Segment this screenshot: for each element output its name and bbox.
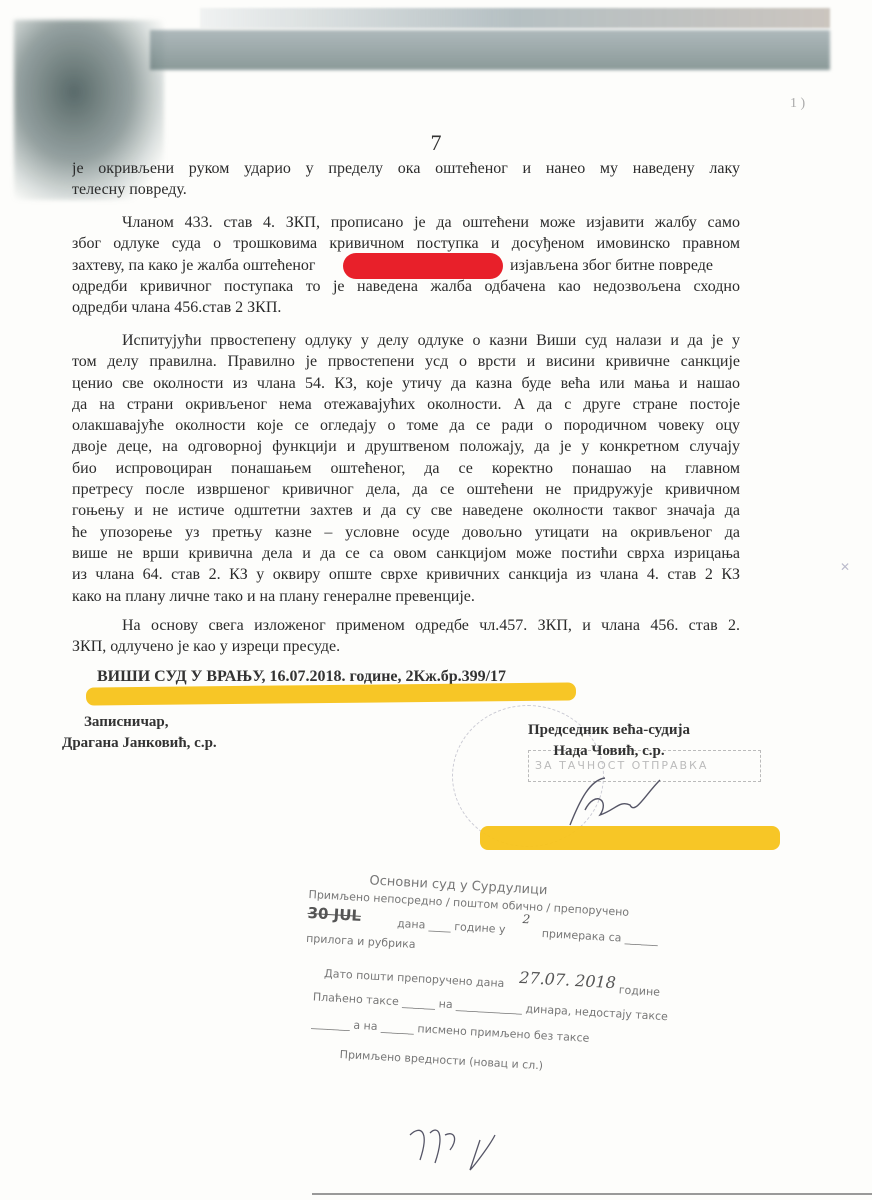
text-line: ће упозорење уз претњу казне – условне о… (72, 522, 740, 543)
paragraph-sentence-review: Испитујући првостепену одлуку у делу одл… (72, 330, 740, 607)
text-line: Испитујући првостепену одлуку у делу одл… (72, 330, 740, 351)
receipt-line: Плаћено таксе ______ на ____________ дин… (313, 990, 669, 1023)
scan-smudge (150, 30, 830, 70)
text-line: ЗКП, одлучено је као у изреци пресуде. (72, 636, 740, 657)
text-line: како на плану личне тако и на плану гене… (72, 586, 740, 607)
judge-role: Председник већа-судија (528, 720, 690, 741)
receipt-line: прилога и рубрика (306, 932, 416, 951)
margin-scribble: ✕ (840, 560, 850, 575)
highlight-redaction (86, 682, 576, 705)
receipt-date-stamp: 30 JUL (307, 904, 361, 925)
receipt-line: дана ____ године у (397, 917, 506, 936)
receipt-line: примерака са ______ (541, 927, 658, 946)
receipt-line: године (618, 983, 660, 998)
receipt-stamp: Основни суд у Сурдулици Примљено непосре… (297, 870, 709, 1122)
text-fragment: захтеву, па како је жалба оштећеног (72, 257, 316, 274)
paragraph-continuation: је окривљени руком ударио у пределу ока … (72, 158, 740, 201)
scan-artifact-top (0, 0, 872, 130)
receipt-copies: 2 (522, 912, 530, 926)
text-line: да на страни окривљеног нема отежавајући… (72, 394, 740, 415)
receipt-line: _______ а на ______ писмено примљено без… (311, 1016, 590, 1045)
clerk-name: Драгана Јанковић, с.р. (62, 733, 217, 754)
text-line: претресу после извршеног кривичног дела,… (72, 479, 740, 500)
judge-name: Нада Човић, с.р. (528, 741, 690, 762)
page-number: 7 (0, 130, 872, 156)
receipt-line: Примљено вредности (новац и сл.) (339, 1048, 543, 1072)
text-line: том делу правилна. Правилно је првостепе… (72, 351, 740, 372)
redaction-mark (343, 253, 503, 279)
text-line: олакшавајуће околности које се огледају … (72, 415, 740, 436)
receipt-line: Дато пошти препоручено дана (324, 967, 505, 990)
text-line: На основу свега изложеног применом одред… (72, 615, 740, 636)
text-line: одредби кривичног поступака то је наведе… (72, 276, 740, 297)
receipt-handwritten-date: 27.07. 2018 (519, 968, 617, 992)
highlight-redaction (480, 826, 780, 850)
paragraph-conclusion: На основу свега изложеног применом одред… (72, 615, 740, 658)
corner-mark: 1 ) (790, 96, 805, 112)
signature-block-clerk: Записничар, Драгана Јанковић, с.р. (62, 712, 217, 754)
text-line: двоје деце, на одговорној функцији и дру… (72, 436, 740, 457)
text-line: одредби члана 456.став 2 ЗКП. (72, 297, 740, 318)
text-line: је окривљени руком ударио у пределу ока … (72, 158, 740, 179)
scan-smudge (200, 8, 830, 28)
signature-block-judge: Председник већа-судија Нада Човић, с.р. (528, 720, 690, 762)
text-line: телесну повреду. (72, 179, 740, 200)
receipt-signature (400, 1115, 520, 1175)
handwritten-signature (560, 770, 670, 830)
text-line: ценио све околности из члана 54. КЗ, кој… (72, 373, 740, 394)
text-line: био испровоциран понашањем оштећеног, да… (72, 458, 740, 479)
scan-edge (312, 1193, 872, 1195)
text-line: из члана 64. став 2. КЗ у оквиру опште с… (72, 564, 740, 585)
text-line: више не врши кривична дела и да се са ов… (72, 543, 740, 564)
clerk-role: Записничар, (62, 712, 217, 733)
text-line: Чланом 433. став 4. ЗКП, прописано је да… (72, 212, 740, 233)
text-line: због одлуке суда о трошковима кривичном … (72, 233, 740, 254)
text-fragment: изјављена због битне повреде (510, 255, 713, 276)
text-line: гоњењу и не истиче одштетни захтев и да … (72, 500, 740, 521)
